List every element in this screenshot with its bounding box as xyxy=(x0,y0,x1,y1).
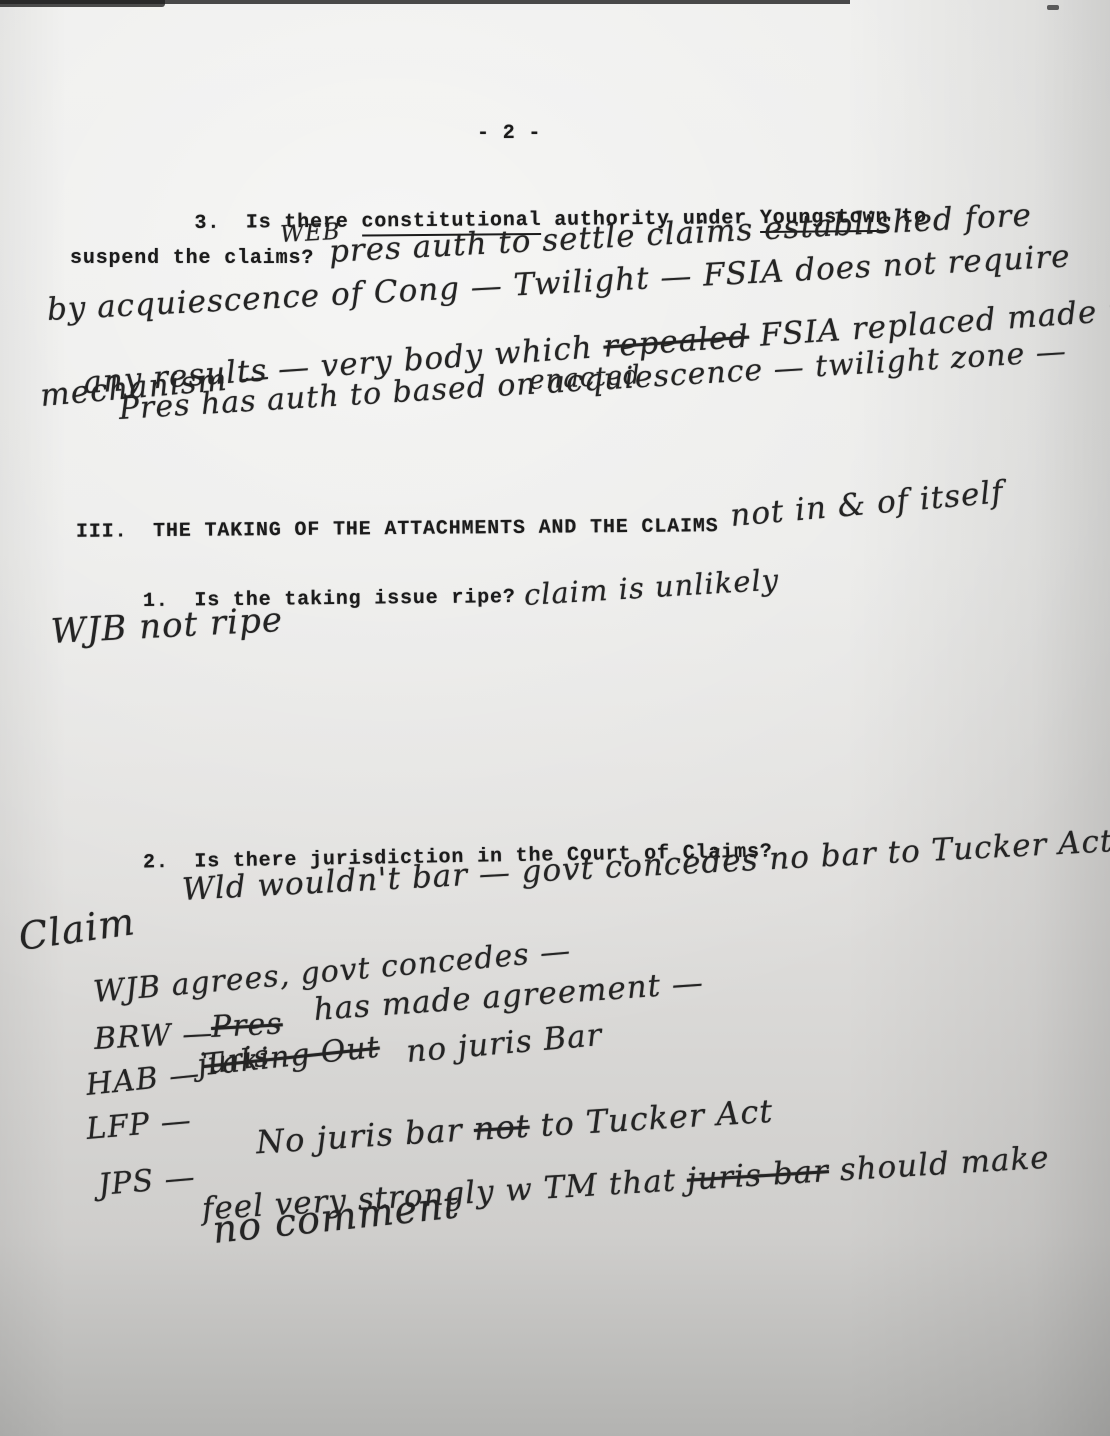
handwritten-hab-rest: no juris Bar xyxy=(405,1017,604,1070)
handwritten-wjb-ripe-note: WJB not ripe xyxy=(50,600,284,652)
handwritten-brw-struck-word: Pres xyxy=(210,1006,283,1045)
section-iii-heading: III. THE TAKING OF THE ATTACHMENTS AND T… xyxy=(76,515,719,544)
handwritten-claims-heading-note: not in & of itself xyxy=(729,474,1005,534)
page-number: - 2 - xyxy=(477,122,541,145)
handwritten-jps-post: should make xyxy=(828,1140,1051,1189)
handwritten-juris-note-line1: Wld wouldn't bar — govt concedes no bar … xyxy=(181,823,1110,908)
question-3-line2: suspend the claims? xyxy=(70,247,314,270)
handwritten-juris-note-line2: Claim xyxy=(16,899,138,959)
scanned-document-page: - 2 - 3. Is there constitutional authori… xyxy=(0,0,1110,1436)
handwritten-hab-label: HAB — xyxy=(84,1056,201,1103)
handwritten-lfp-label: LFP — xyxy=(85,1103,193,1147)
handwritten-ripe-note: claim is unlikely xyxy=(523,562,780,612)
scan-edge-line-thick xyxy=(0,0,165,7)
handwritten-jps-struck-words: juris bar xyxy=(686,1153,830,1198)
scan-speck xyxy=(1047,5,1059,10)
